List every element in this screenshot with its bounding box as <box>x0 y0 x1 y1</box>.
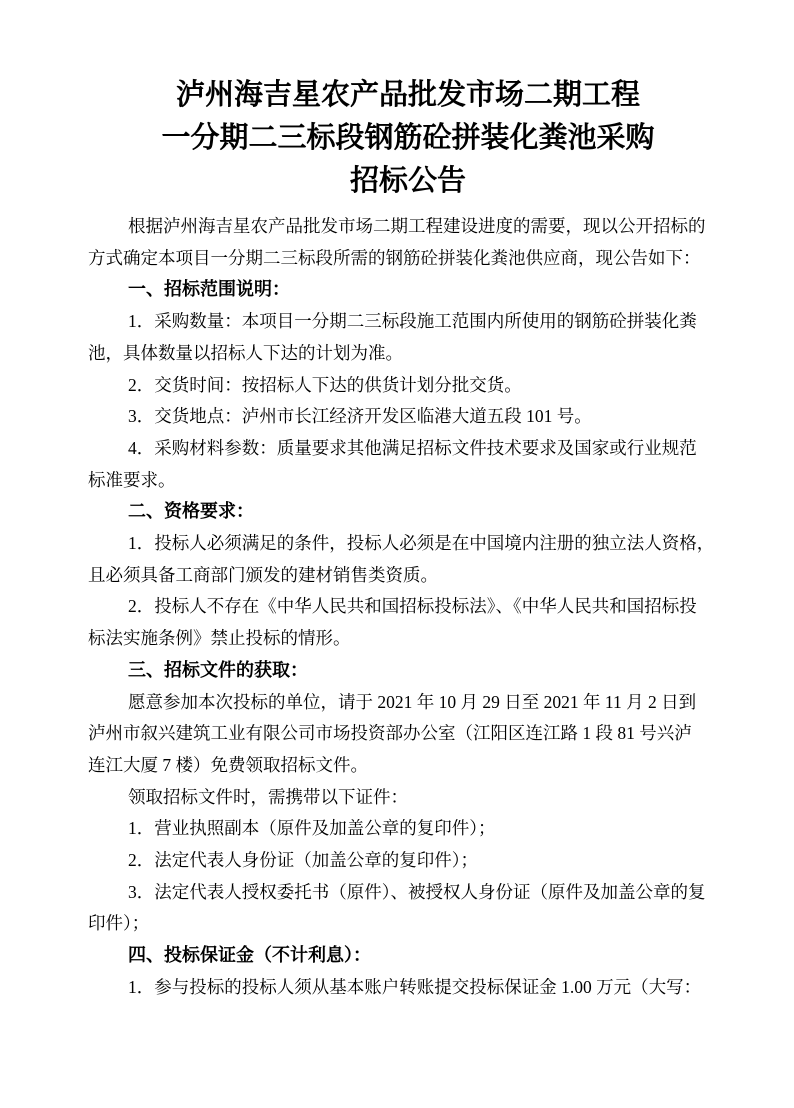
section-3-item-authorization-letter: 3．法定代表人授权委托书（原件）、被授权人身份证（原件及加盖公章的复 印件）； <box>88 877 728 940</box>
section-2-heading-qualification: 二、资格要求： <box>88 496 728 528</box>
document-title: 泸州海吉星农产品批发市场二期工程 一分期二三标段钢筋砼拼装化粪池采购 招标公告 <box>88 74 728 203</box>
section-2-item-qualification-1: 1．投标人必须满足的条件，投标人必须是在中国境内注册的独立法人资格， 且必须具备… <box>88 528 728 591</box>
section-4-item-bid-bond-amount: 1．参与投标的投标人须从基本账户转账提交投标保证金 1.00 万元（大写： <box>88 972 728 1004</box>
section-1-item-material-parameters: 4．采购材料参数：质量要求其他满足招标文件技术要求及国家或行业规范 标准要求。 <box>88 433 728 496</box>
section-1-heading-tender-scope: 一、招标范围说明： <box>88 274 728 306</box>
section-1-item-delivery-time: 2．交货时间：按招标人下达的供货计划分批交货。 <box>88 370 728 402</box>
section-3-item-business-license: 1．营业执照副本（原件及加盖公章的复印件）； <box>88 813 728 845</box>
section-3-item-legal-rep-id: 2．法定代表人身份证（加盖公章的复印件）； <box>88 845 728 877</box>
section-3-para-required-certificates: 领取招标文件时，需携带以下证件： <box>88 782 728 814</box>
section-3-para-obtain-documents: 愿意参加本次投标的单位，请于 2021 年 10 月 29 日至 2021 年 … <box>88 687 728 782</box>
section-2-item-qualification-2: 2．投标人不存在《中华人民共和国招标投标法》、《中华人民共和国招标投 标法实施条… <box>88 591 728 654</box>
section-3-heading-obtain-documents: 三、招标文件的获取： <box>88 655 728 687</box>
document-page: 泸州海吉星农产品批发市场二期工程 一分期二三标段钢筋砼拼装化粪池采购 招标公告 … <box>0 0 794 1108</box>
section-1-item-delivery-location: 3．交货地点：泸州市长江经济开发区临港大道五段 101 号。 <box>88 401 728 433</box>
intro-paragraph: 根据泸州海吉星农产品批发市场二期工程建设进度的需要，现以公开招标的 方式确定本项… <box>88 211 728 274</box>
section-1-item-purchase-quantity: 1．采购数量：本项目一分期二三标段施工范围内所使用的钢筋砼拼装化粪 池，具体数量… <box>88 306 728 369</box>
section-4-heading-bid-bond: 四、投标保证金（不计利息）： <box>88 940 728 972</box>
